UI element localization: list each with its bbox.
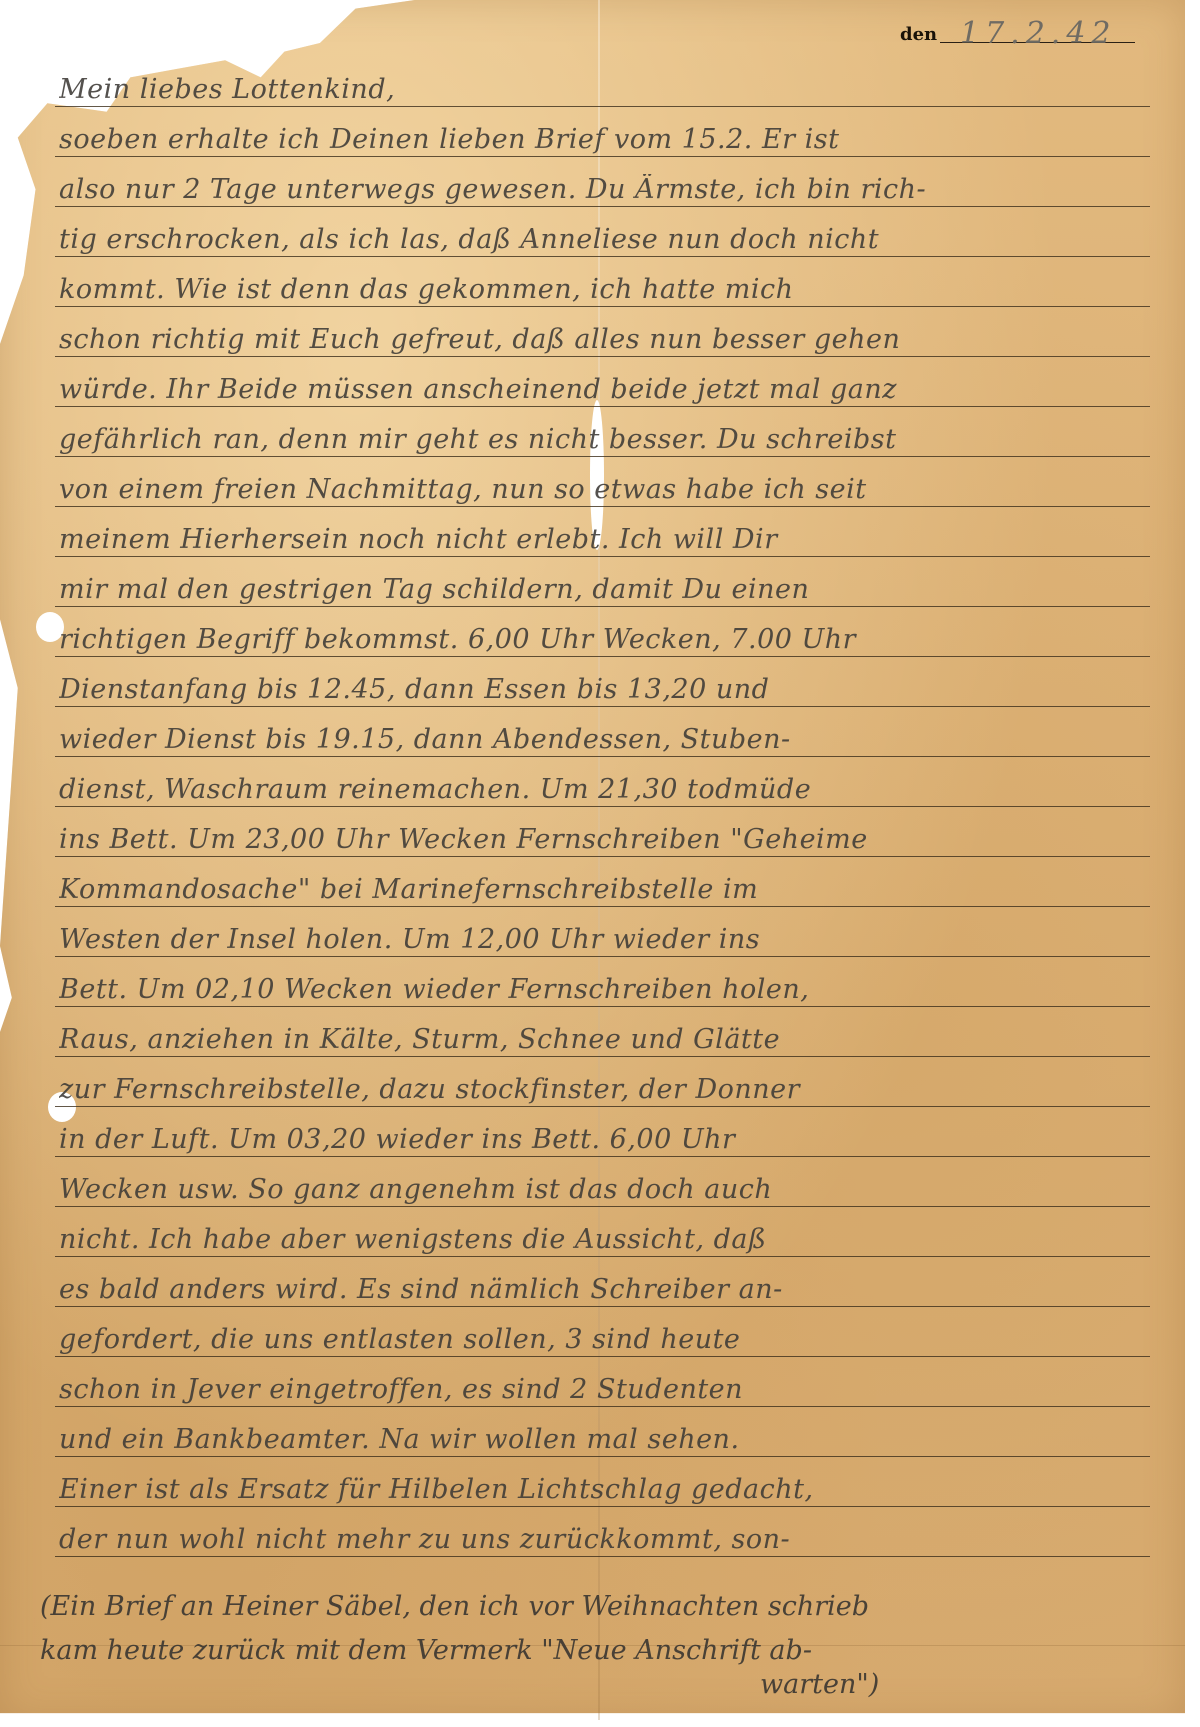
letter-line-text: Bett. Um 02,10 Wecken wieder Fernschreib… [59,974,1150,1005]
postscript-line-1: (Ein Brief an Heiner Säbel, den ich vor … [40,1585,1160,1629]
letter-line: gefährlich ran, denn mir geht es nicht b… [55,407,1150,457]
letter-line: von einem freien Nachmittag, nun so etwa… [55,457,1150,507]
letter-line: nicht. Ich habe aber wenigstens die Auss… [55,1207,1150,1257]
letter-line: richtigen Begriff bekommst. 6,00 Uhr Wec… [55,607,1150,657]
letter-line-text: schon richtig mit Euch gefreut, daß alle… [59,324,1150,355]
letter-line-text: Westen der Insel holen. Um 12,00 Uhr wie… [59,924,1150,955]
salutation: Mein liebes Lottenkind, [59,74,1150,105]
letter-line-text: zur Fernschreibstelle, dazu stockfinster… [59,1074,1150,1105]
letter-line: Dienstanfang bis 12.45, dann Essen bis 1… [55,657,1150,707]
letter-line-text: richtigen Begriff bekommst. 6,00 Uhr Wec… [59,624,1150,655]
letter-line: kommt. Wie ist denn das gekommen, ich ha… [55,257,1150,307]
salutation-line: Mein liebes Lottenkind, [55,57,1150,107]
letter-line: meinem Hierhersein noch nicht erlebt. Ic… [55,507,1150,557]
letter-line: dienst, Waschraum reinemachen. Um 21,30 … [55,757,1150,807]
letter-line-text: also nur 2 Tage unterwegs gewesen. Du Är… [59,174,1150,205]
letter-line-text: meinem Hierhersein noch nicht erlebt. Ic… [59,524,1150,555]
postscript: (Ein Brief an Heiner Säbel, den ich vor … [40,1585,1160,1697]
letter-line-text: in der Luft. Um 03,20 wieder ins Bett. 6… [59,1124,1150,1155]
letter-line: wieder Dienst bis 19.15, dann Abendessen… [55,707,1150,757]
letter-line-text: Kommandosache" bei Marinefernschreibstel… [59,874,1150,905]
letter-line: schon richtig mit Euch gefreut, daß alle… [55,307,1150,357]
letter-line: es bald anders wird. Es sind nämlich Sch… [55,1257,1150,1307]
letter-line: Wecken usw. So ganz angenehm ist das doc… [55,1157,1150,1207]
letter-line: soeben erhalte ich Deinen lieben Brief v… [55,107,1150,157]
letter-line-text: Raus, anziehen in Kälte, Sturm, Schnee u… [59,1024,1150,1055]
letter-line-text: Einer ist als Ersatz für Hilbelen Lichts… [59,1474,1150,1505]
letter-line-text: Dienstanfang bis 12.45, dann Essen bis 1… [59,674,1150,705]
letter-line: Westen der Insel holen. Um 12,00 Uhr wie… [55,907,1150,957]
letter-line-text: tig erschrocken, als ich las, daß Anneli… [59,224,1150,255]
postscript-line-3: warten") [40,1673,1160,1697]
letter-line: in der Luft. Um 03,20 wieder ins Bett. 6… [55,1107,1150,1157]
letter-line: also nur 2 Tage unterwegs gewesen. Du Är… [55,157,1150,207]
date-label: den [900,24,937,45]
letter-line: und ein Bankbeamter. Na wir wollen mal s… [55,1407,1150,1457]
letter-line-text: der nun wohl nicht mehr zu uns zurückkom… [59,1524,1150,1555]
letter-line-text: ins Bett. Um 23,00 Uhr Wecken Fernschrei… [59,824,1150,855]
letter-line: Bett. Um 02,10 Wecken wieder Fernschreib… [55,957,1150,1007]
letter-line: tig erschrocken, als ich las, daß Anneli… [55,207,1150,257]
letter-line: Raus, anziehen in Kälte, Sturm, Schnee u… [55,1007,1150,1057]
letter-line: schon in Jever eingetroffen, es sind 2 S… [55,1357,1150,1407]
letter-line-text: soeben erhalte ich Deinen lieben Brief v… [59,124,1150,155]
letter-line-text: Wecken usw. So ganz angenehm ist das doc… [59,1174,1150,1205]
ruled-line [55,1556,1150,1557]
letter-line-text: nicht. Ich habe aber wenigstens die Auss… [59,1224,1150,1255]
postscript-line-2: kam heute zurück mit dem Vermerk "Neue A… [40,1629,1160,1673]
date-header: den 17.2.42 [900,18,1200,48]
letter-line: ins Bett. Um 23,00 Uhr Wecken Fernschrei… [55,807,1150,857]
letter-line-text: es bald anders wird. Es sind nämlich Sch… [59,1274,1150,1305]
letter-line: mir mal den gestrigen Tag schildern, dam… [55,557,1150,607]
letter-line-text: kommt. Wie ist denn das gekommen, ich ha… [59,274,1150,305]
letter-line-text: mir mal den gestrigen Tag schildern, dam… [59,574,1150,605]
letter-line-text: und ein Bankbeamter. Na wir wollen mal s… [59,1424,1150,1455]
letter-line: Einer ist als Ersatz für Hilbelen Lichts… [55,1457,1150,1507]
letter-line-text: schon in Jever eingetroffen, es sind 2 S… [59,1374,1150,1405]
letter-line-text: gefährlich ran, denn mir geht es nicht b… [59,424,1150,455]
letter-line-text: gefordert, die uns entlasten sollen, 3 s… [59,1324,1150,1355]
letter-line: zur Fernschreibstelle, dazu stockfinster… [55,1057,1150,1107]
letter-line-text: würde. Ihr Beide müssen anscheinend beid… [59,374,1150,405]
letter-line: gefordert, die uns entlasten sollen, 3 s… [55,1307,1150,1357]
letter-line: Kommandosache" bei Marinefernschreibstel… [55,857,1150,907]
letter-line: der nun wohl nicht mehr zu uns zurückkom… [55,1507,1150,1557]
letter-line-text: von einem freien Nachmittag, nun so etwa… [59,474,1150,505]
letter-line: würde. Ihr Beide müssen anscheinend beid… [55,357,1150,407]
letter-line-text: dienst, Waschraum reinemachen. Um 21,30 … [59,774,1150,805]
letter-line-text: wieder Dienst bis 19.15, dann Abendessen… [59,724,1150,755]
date-value: 17.2.42 [960,16,1117,51]
